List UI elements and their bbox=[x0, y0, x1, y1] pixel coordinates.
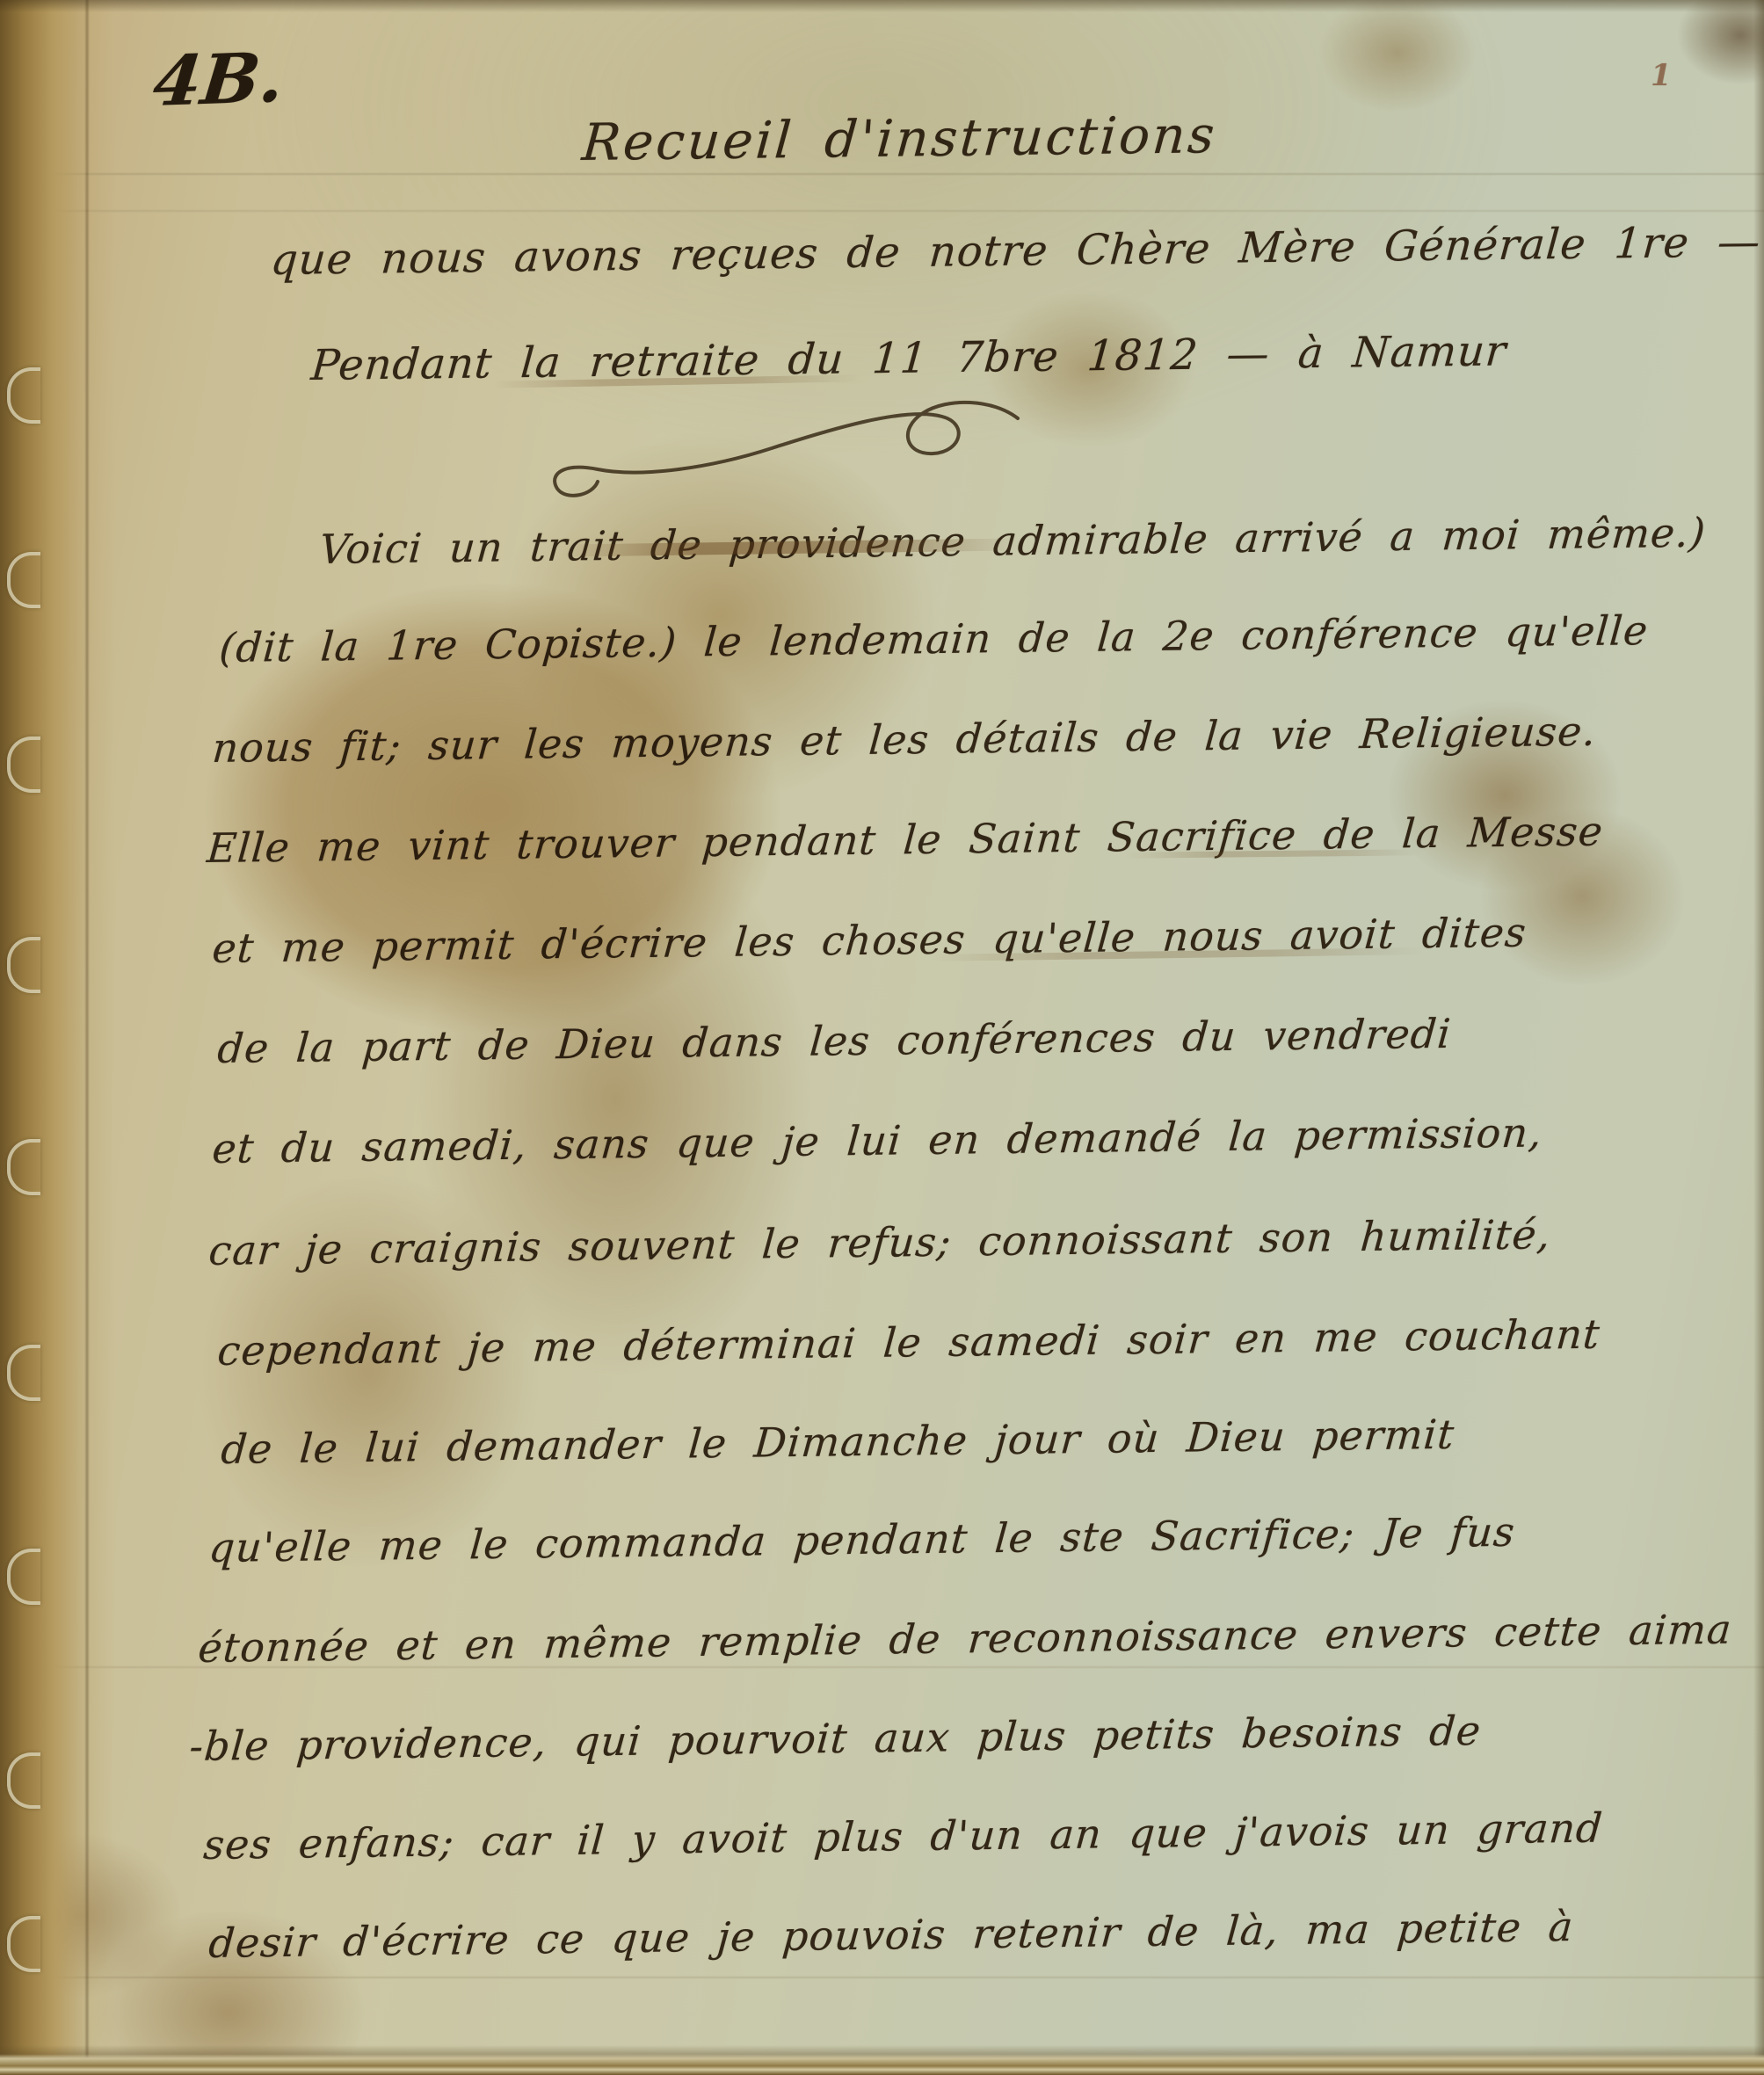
body-line: qu'elle me le commanda pendant le ste Sa… bbox=[207, 1512, 1517, 1568]
body-line: (dit la 1re Copiste.) le lendemain de la… bbox=[218, 610, 1650, 668]
stitch-thread bbox=[7, 1752, 40, 1809]
manuscript-page: 4B. 1 Recueil d'instructions que nous av… bbox=[0, 0, 1764, 2075]
page-edge-top bbox=[0, 0, 1764, 12]
subtitle-line: Pendant la retraite du 11 7bre 1812 — à … bbox=[309, 326, 1508, 390]
body-line: Elle me vint trouver pendant le Saint Sa… bbox=[206, 811, 1605, 868]
stacked-page-edges bbox=[0, 2045, 1764, 2075]
body-line: car je craignis souvent le refus; connoi… bbox=[207, 1214, 1552, 1271]
stitch-thread bbox=[7, 736, 40, 793]
body-line: nous fit; sur les moyens et les détails … bbox=[211, 711, 1598, 768]
title-recueil-d-instructions: Recueil d'instructions bbox=[580, 105, 1219, 172]
body-line: Voici un trait de providence admirable a… bbox=[318, 512, 1708, 570]
body-line: -ble providence, qui pourvoit aux plus p… bbox=[188, 1710, 1483, 1767]
body-line: ses enfans; car il y avoit plus d'un an … bbox=[202, 1808, 1604, 1865]
calligraphic-flourish bbox=[536, 397, 1028, 503]
stitch-thread bbox=[7, 937, 40, 993]
book-spine bbox=[0, 0, 116, 2075]
stitch-thread bbox=[7, 1139, 40, 1195]
page-edge-right bbox=[1753, 0, 1764, 2075]
page-number: 1 bbox=[1651, 58, 1672, 93]
body-line: et me permit d'écrire les choses qu'elle… bbox=[211, 912, 1528, 969]
subtitle-line: que nous avons reçues de notre Chère Mèr… bbox=[269, 217, 1762, 285]
body-line: de le lui demander le Dimanche jour où D… bbox=[220, 1414, 1456, 1469]
stitch-thread bbox=[7, 1345, 40, 1401]
stitch-thread bbox=[7, 367, 40, 424]
stitch-thread bbox=[7, 1549, 40, 1605]
body-line: cependant je me déterminai le samedi soi… bbox=[216, 1314, 1601, 1371]
body-line: étonnée et en même remplie de reconnoiss… bbox=[197, 1609, 1733, 1668]
spine-crease bbox=[84, 0, 90, 2075]
body-line: desir d'écrire ce que je pouvois retenir… bbox=[207, 1906, 1575, 1963]
body-line: et du samedi, sans que je lui en demandé… bbox=[211, 1113, 1544, 1169]
stitch-thread bbox=[7, 552, 40, 608]
body-line: de la part de Dieu dans les conférences … bbox=[216, 1013, 1453, 1069]
stitch-thread bbox=[7, 1916, 40, 1972]
corner-mark: 4B. bbox=[149, 38, 288, 122]
